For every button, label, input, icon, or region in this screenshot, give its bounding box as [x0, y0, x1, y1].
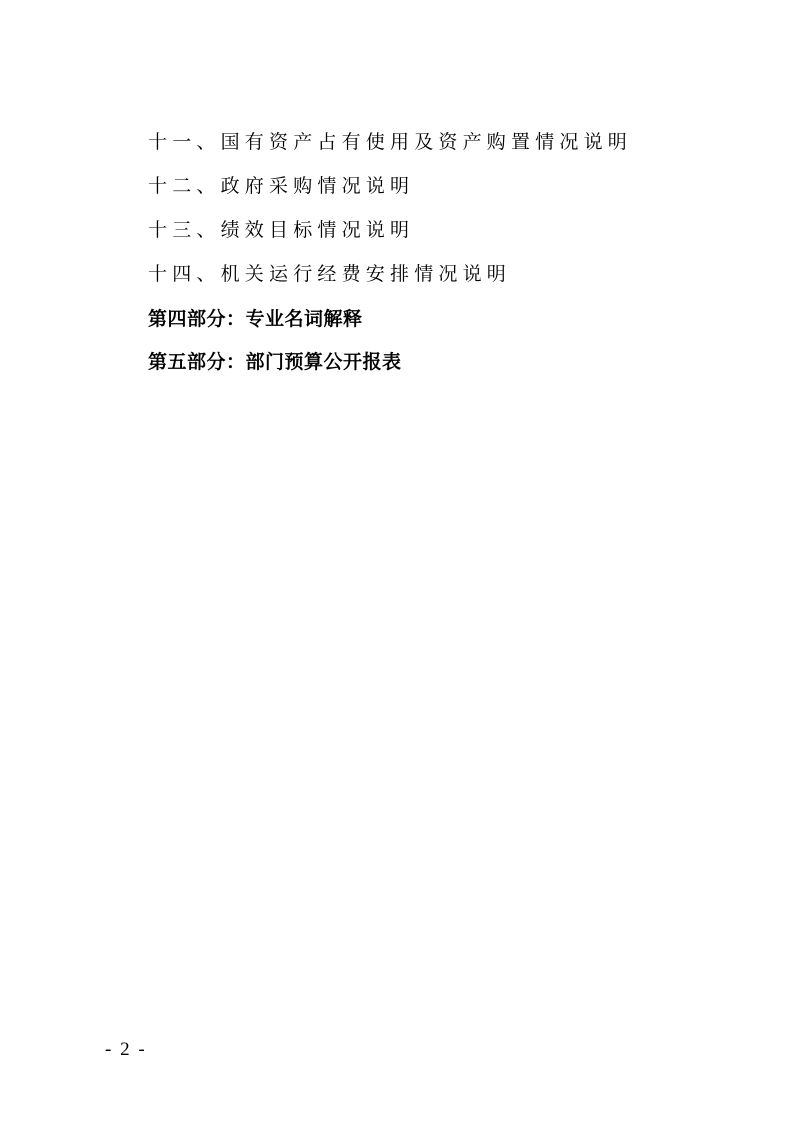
- toc-item-section-11: 十一、国有资产占有使用及资产购置情况说明: [148, 130, 632, 154]
- toc-item-part-4: 第四部分：专业名词解释: [148, 307, 363, 331]
- toc-item-section-14: 十四、机关运行经费安排情况说明: [148, 262, 511, 286]
- toc-item-part-5: 第五部分：部门预算公开报表: [148, 350, 402, 374]
- page-number: - 2 -: [105, 1039, 147, 1061]
- toc-item-section-13: 十三、绩效目标情况说明: [148, 218, 414, 242]
- toc-item-section-12: 十二、政府采购情况说明: [148, 174, 414, 198]
